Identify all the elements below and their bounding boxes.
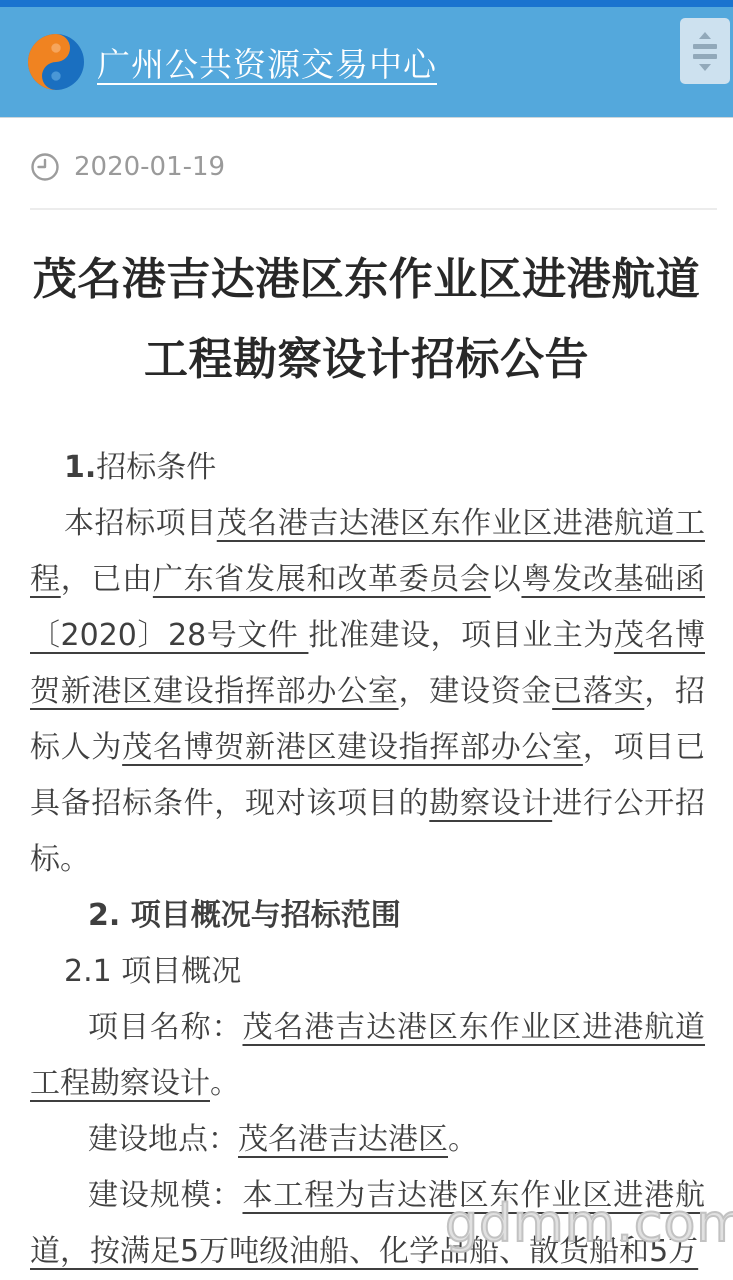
inline-link[interactable]: 勘察设计: [429, 786, 552, 821]
text-segment: 招标条件: [96, 450, 216, 485]
scroll-bar-icon: [693, 54, 717, 59]
inline-link[interactable]: 茂名港吉达港区: [238, 1122, 448, 1157]
paragraph: 本招标项目茂名港吉达港区东作业区进港航道工程，已由广东省发展和改革委员会以粤发改…: [30, 496, 705, 888]
paragraph: 2. 项目概况与招标范围: [30, 888, 705, 944]
text-segment: 2.1 项目概况: [64, 954, 241, 989]
text-segment: ，已由: [61, 562, 153, 597]
inline-link[interactable]: 广东省发展和改革委员会: [153, 562, 491, 597]
text-segment: 本招标项目: [64, 506, 217, 541]
paragraph: 1.招标条件: [30, 440, 705, 496]
site-header: 广州公共资源交易中心: [0, 7, 733, 118]
text-segment: 以: [491, 562, 522, 597]
paragraph: 项目名称：茂名港吉达港区东作业区进港航道工程勘察设计。: [30, 1000, 705, 1112]
paragraph: 2.1 项目概况: [30, 944, 705, 1000]
clock-icon: [30, 152, 60, 182]
text-segment: 建设地点：: [88, 1122, 238, 1157]
text-segment: 1.: [64, 450, 96, 485]
text-segment: 建设规模：: [88, 1178, 242, 1213]
scroll-bar-icon: [693, 44, 717, 49]
paragraph: 建设规模：本工程为吉达港区东作业区进港航道，按满足5万吨级油船、化学品船、散货船…: [30, 1168, 705, 1280]
site-title-link[interactable]: 广州公共资源交易中心: [97, 39, 437, 86]
page: 广州公共资源交易中心 2020-01-19 茂名港吉达港区东作业区进港航道工程勘…: [0, 0, 733, 1280]
scroll-up-icon: [699, 32, 711, 39]
top-strip: [0, 0, 733, 7]
site-logo[interactable]: [28, 34, 84, 90]
inline-link[interactable]: 已落实: [552, 674, 644, 709]
scroll-down-icon: [699, 64, 711, 71]
text-segment: 。: [210, 1066, 240, 1101]
text-segment: ，建设资金: [399, 674, 553, 709]
publish-date-row: 2020-01-19: [30, 152, 733, 182]
text-segment: 批准建设，项目业主为: [308, 618, 613, 653]
text-segment: 项目名称：: [88, 1010, 242, 1045]
text-segment: 。: [448, 1122, 478, 1157]
article-body: 1.招标条件本招标项目茂名港吉达港区东作业区进港航道工程，已由广东省发展和改革委…: [0, 440, 733, 1280]
paragraph: 建设地点：茂名港吉达港区。: [30, 1112, 705, 1168]
divider-rule: [30, 208, 717, 210]
inline-link[interactable]: 茂名博贺新港区建设指挥部办公室: [122, 730, 583, 765]
publish-date: 2020-01-19: [74, 152, 225, 182]
text-segment: 2. 项目概况与招标范围: [88, 898, 401, 933]
scroll-widget-button[interactable]: [680, 18, 730, 84]
article-title: 茂名港吉达港区东作业区进港航道工程勘察设计招标公告: [20, 240, 713, 400]
